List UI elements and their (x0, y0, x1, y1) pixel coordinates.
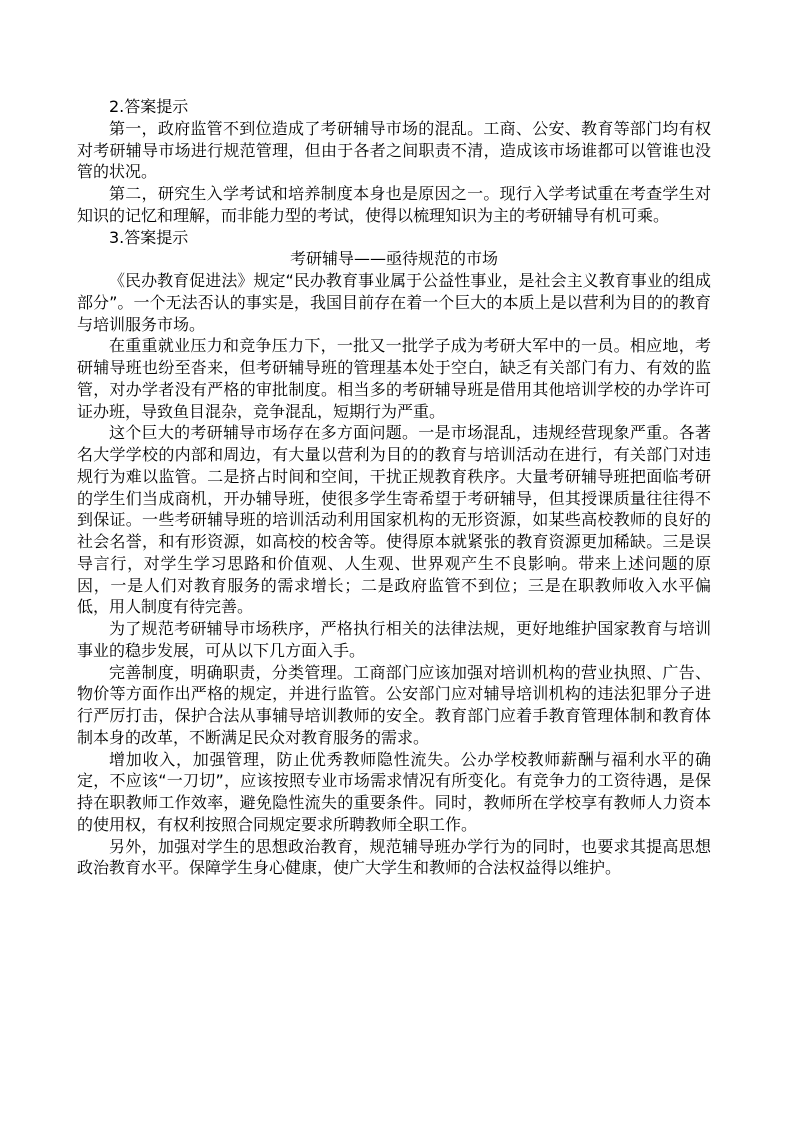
essay-paragraph-problems: 这个巨大的考研辅导市场存在多方面问题。一是市场混乱，违规经营现象严重。各著名大学… (77, 422, 711, 618)
essay-paragraph-law-quote: 《民办教育促进法》规定“民办教育事业属于公益性事业，是社会主义教育事业的组成部分… (77, 270, 711, 335)
essay-paragraph-ideology: 另外，加强对学生的思想政治教育，规范辅导班办学行为的同时，也要求其提高思想政治教… (77, 836, 711, 880)
essay-title: 考研辅导——亟待规范的市场 (77, 248, 711, 270)
paragraph-cause-second: 第二，研究生入学考试和培养制度本身也是原因之一。现行入学考试重在考查学生对知识的… (77, 183, 711, 227)
essay-paragraph-background: 在重重就业压力和竞争压力下，一批又一批学子成为考研大军中的一员。相应地，考研辅导… (77, 335, 711, 422)
essay-paragraph-system: 完善制度，明确职责，分类管理。工商部门应该加强对培训机构的营业执照、广告、物价等… (77, 662, 711, 749)
document-text-block: 2.答案提示 第一，政府监管不到位造成了考研辅导市场的混乱。工商、公安、教育等部… (77, 96, 711, 879)
answer-hint-2-label: 2.答案提示 (77, 96, 711, 118)
paragraph-cause-first: 第一，政府监管不到位造成了考研辅导市场的混乱。工商、公安、教育等部门均有权对考研… (77, 118, 711, 183)
document-page: 2.答案提示 第一，政府监管不到位造成了考研辅导市场的混乱。工商、公安、教育等部… (0, 0, 794, 1123)
essay-paragraph-income: 增加收入，加强管理，防止优秀教师隐性流失。公办学校教师薪酬与福利水平的确定，不应… (77, 749, 711, 836)
essay-paragraph-transition: 为了规范考研辅导市场秩序，严格执行相关的法律法规，更好地维护国家教育与培训事业的… (77, 618, 711, 662)
answer-hint-3-label: 3.答案提示 (77, 227, 711, 249)
